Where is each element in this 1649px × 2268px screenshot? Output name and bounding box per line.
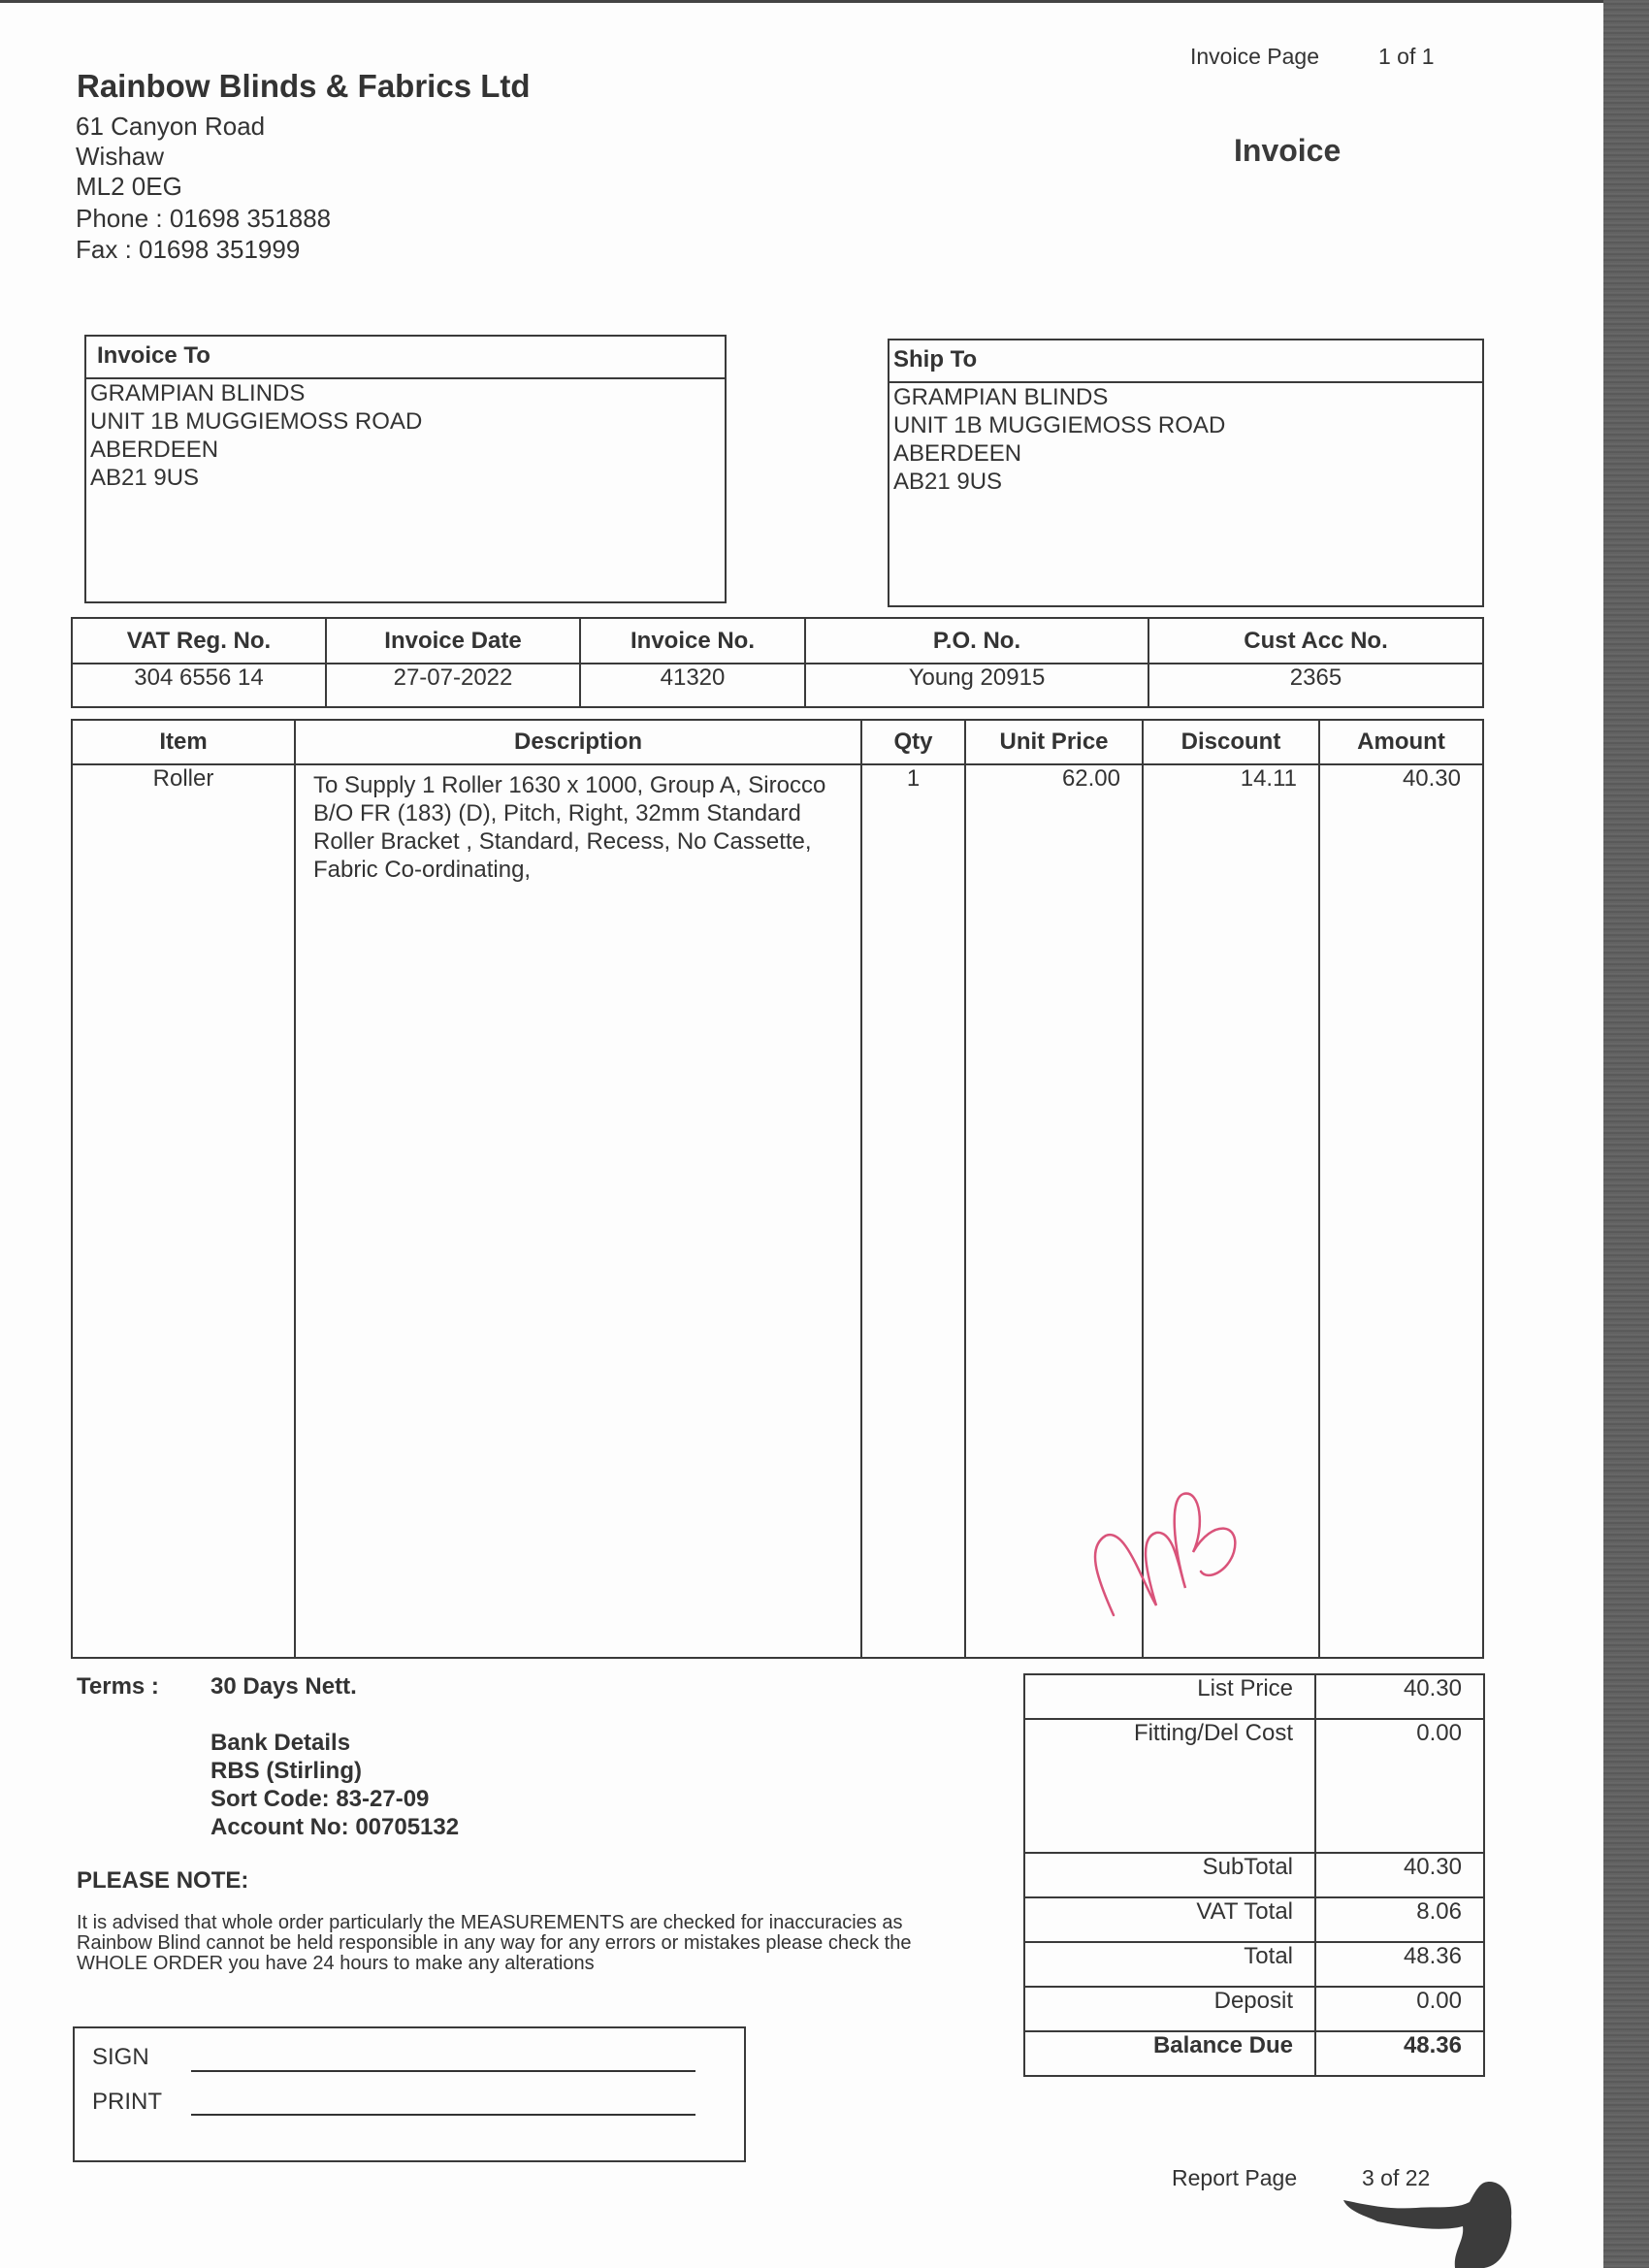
total-value: 48.36 — [1315, 1942, 1484, 1987]
discount-header: Discount — [1143, 720, 1319, 764]
bank-details: Bank Details RBS (Stirling) Sort Code: 8… — [210, 1729, 459, 1841]
company-name: Rainbow Blinds & Fabrics Ltd — [77, 68, 531, 105]
vat-reg-value: 304 6556 14 — [72, 664, 326, 707]
subtotal-label: SubTotal — [1024, 1853, 1315, 1897]
invoice-page-value: 1 of 1 — [1378, 44, 1435, 70]
invoice-to-line: UNIT 1B MUGGIEMOSS ROAD — [90, 407, 725, 436]
bank-details-title: Bank Details — [210, 1729, 459, 1757]
fitting-del-cost-label: Fitting/Del Cost — [1024, 1719, 1315, 1853]
qty-cell: 1 — [861, 764, 965, 1658]
cust-acc-value: 2365 — [1148, 664, 1483, 707]
totals-row-total: Total 48.36 — [1024, 1942, 1484, 1987]
invoice-to-line: GRAMPIAN BLINDS — [90, 379, 725, 407]
totals-table: List Price 40.30 Fitting/Del Cost 0.00 S… — [1023, 1673, 1485, 2077]
vat-total-value: 8.06 — [1315, 1897, 1484, 1942]
vat-reg-header: VAT Reg. No. — [72, 618, 326, 664]
bank-sort-code: Sort Code: 83-27-09 — [210, 1785, 459, 1813]
sign-line[interactable] — [191, 2070, 695, 2072]
totals-row-vat: VAT Total 8.06 — [1024, 1897, 1484, 1942]
scan-right-edge — [1603, 0, 1649, 2268]
ship-to-address: GRAMPIAN BLINDS UNIT 1B MUGGIEMOSS ROAD … — [889, 383, 1482, 496]
company-phone: Phone : 01698 351888 — [76, 204, 331, 234]
invoice-to-line: ABERDEEN — [90, 436, 725, 464]
invoice-to-address: GRAMPIAN BLINDS UNIT 1B MUGGIEMOSS ROAD … — [86, 379, 725, 492]
invoice-date-header: Invoice Date — [326, 618, 580, 664]
totals-row-balance: Balance Due 48.36 — [1024, 2031, 1484, 2076]
item-header: Item — [72, 720, 295, 764]
handwritten-initials-mb — [1086, 1460, 1251, 1644]
initials-stroke — [1095, 1494, 1235, 1615]
invoice-to-box: Invoice To GRAMPIAN BLINDS UNIT 1B MUGGI… — [84, 335, 727, 603]
table-row: Roller To Supply 1 Roller 1630 x 1000, G… — [72, 764, 1483, 1658]
smudge-shape — [1343, 2182, 1511, 2268]
item-cell: Roller — [72, 764, 295, 1658]
invoice-date-value: 27-07-2022 — [326, 664, 580, 707]
terms-value: 30 Days Nett. — [210, 1673, 357, 1701]
signature-box: SIGN PRINT — [73, 2026, 746, 2162]
bank-account-no: Account No: 00705132 — [210, 1813, 459, 1841]
invoice-no-header: Invoice No. — [580, 618, 805, 664]
invoice-no-value: 41320 — [580, 664, 805, 707]
company-address-postcode: ML2 0EG — [76, 172, 182, 202]
ship-to-box: Ship To GRAMPIAN BLINDS UNIT 1B MUGGIEMO… — [888, 339, 1484, 607]
ship-to-title: Ship To — [889, 340, 1482, 383]
scan-top-edge — [0, 0, 1603, 3]
deposit-label: Deposit — [1024, 1987, 1315, 2031]
company-address-street: 61 Canyon Road — [76, 112, 265, 142]
totals-row-subtotal: SubTotal 40.30 — [1024, 1853, 1484, 1897]
sign-label: SIGN — [92, 2044, 149, 2071]
invoice-to-line: AB21 9US — [90, 464, 725, 492]
deposit-value: 0.00 — [1315, 1987, 1484, 2031]
invoice-page-label: Invoice Page — [1190, 44, 1319, 70]
qty-header: Qty — [861, 720, 965, 764]
amount-header: Amount — [1319, 720, 1483, 764]
balance-due-value: 48.36 — [1315, 2031, 1484, 2076]
company-fax: Fax : 01698 351999 — [76, 235, 300, 265]
bank-name: RBS (Stirling) — [210, 1757, 459, 1785]
print-line[interactable] — [191, 2114, 695, 2116]
ship-to-line: GRAMPIAN BLINDS — [893, 383, 1482, 411]
amount-cell: 40.30 — [1319, 764, 1483, 1658]
document-title: Invoice — [1234, 133, 1341, 169]
ship-to-line: AB21 9US — [893, 468, 1482, 496]
invoice-to-title: Invoice To — [86, 337, 725, 379]
po-no-header: P.O. No. — [805, 618, 1148, 664]
subtotal-value: 40.30 — [1315, 1853, 1484, 1897]
ink-smudge — [1339, 2173, 1533, 2268]
totals-row-fitting: Fitting/Del Cost 0.00 — [1024, 1719, 1484, 1853]
please-note-text: It is advised that whole order particula… — [77, 1913, 969, 1974]
po-no-value: Young 20915 — [805, 664, 1148, 707]
vat-total-label: VAT Total — [1024, 1897, 1315, 1942]
ship-to-line: ABERDEEN — [893, 439, 1482, 468]
description-header: Description — [295, 720, 861, 764]
print-label: PRINT — [92, 2089, 162, 2116]
unit-price-header: Unit Price — [965, 720, 1143, 764]
list-price-label: List Price — [1024, 1674, 1315, 1719]
total-label: Total — [1024, 1942, 1315, 1987]
totals-row-list-price: List Price 40.30 — [1024, 1674, 1484, 1719]
list-price-value: 40.30 — [1315, 1674, 1484, 1719]
please-note-title: PLEASE NOTE: — [77, 1867, 248, 1895]
terms-label: Terms : — [77, 1673, 159, 1701]
balance-due-label: Balance Due — [1024, 2031, 1315, 2076]
line-items-table: Item Description Qty Unit Price Discount… — [71, 719, 1484, 1659]
ship-to-line: UNIT 1B MUGGIEMOSS ROAD — [893, 411, 1482, 439]
fitting-del-cost-value: 0.00 — [1315, 1719, 1484, 1853]
cust-acc-header: Cust Acc No. — [1148, 618, 1483, 664]
company-address-town: Wishaw — [76, 142, 164, 172]
totals-row-deposit: Deposit 0.00 — [1024, 1987, 1484, 2031]
report-page-label: Report Page — [1172, 2165, 1297, 2191]
invoice-info-table: VAT Reg. No. Invoice Date Invoice No. P.… — [71, 617, 1484, 708]
description-cell: To Supply 1 Roller 1630 x 1000, Group A,… — [295, 764, 861, 1658]
